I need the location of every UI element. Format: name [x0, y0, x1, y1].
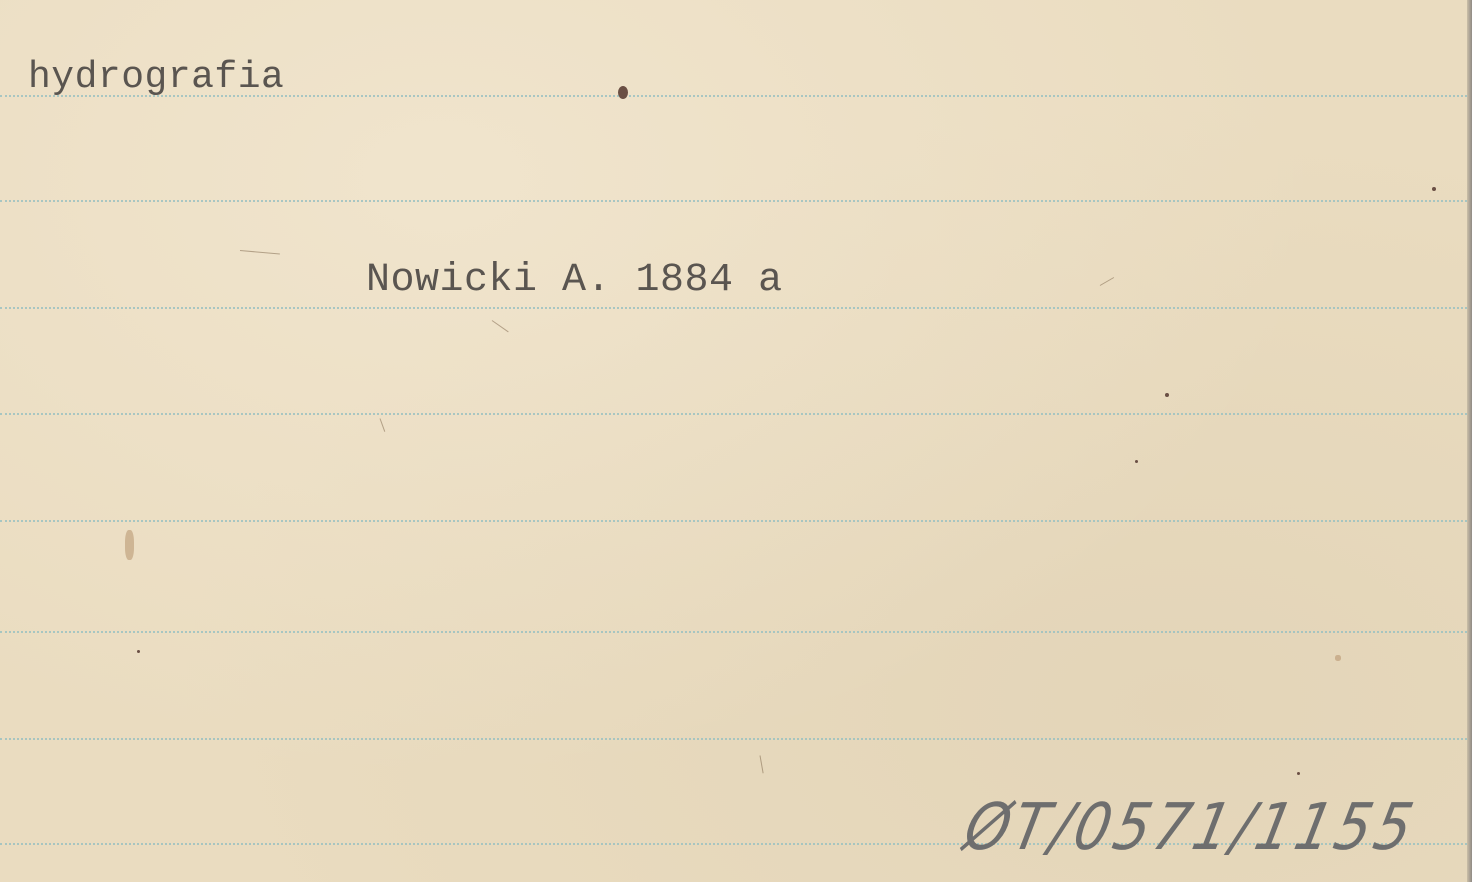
handwritten-call-number: ØT/0571/1155 [958, 790, 1423, 865]
rule-line [0, 631, 1467, 633]
rule-line [0, 200, 1467, 202]
subject-heading: hydrografia [28, 56, 284, 99]
rule-line [0, 520, 1467, 522]
ink-speck [1297, 772, 1300, 775]
ink-speck [618, 86, 628, 99]
ink-speck [1135, 460, 1138, 463]
author-year-entry: Nowicki A. 1884 a [366, 258, 783, 303]
paper-fiber [760, 755, 764, 773]
rule-line [0, 307, 1467, 309]
paper-stain [1335, 655, 1341, 661]
card-edge [1467, 0, 1472, 882]
paper-fiber [240, 250, 280, 254]
ink-speck [1432, 187, 1436, 191]
paper-fiber [380, 418, 386, 431]
ink-speck [137, 650, 140, 653]
ink-speck [1165, 393, 1169, 397]
rule-line [0, 413, 1467, 415]
paper-fiber [1100, 277, 1114, 286]
catalog-card: hydrografia Nowicki A. 1884 a ØT/0571/11… [0, 0, 1472, 882]
paper-stain [125, 530, 134, 560]
paper-fiber [492, 320, 509, 332]
rule-line [0, 738, 1467, 740]
